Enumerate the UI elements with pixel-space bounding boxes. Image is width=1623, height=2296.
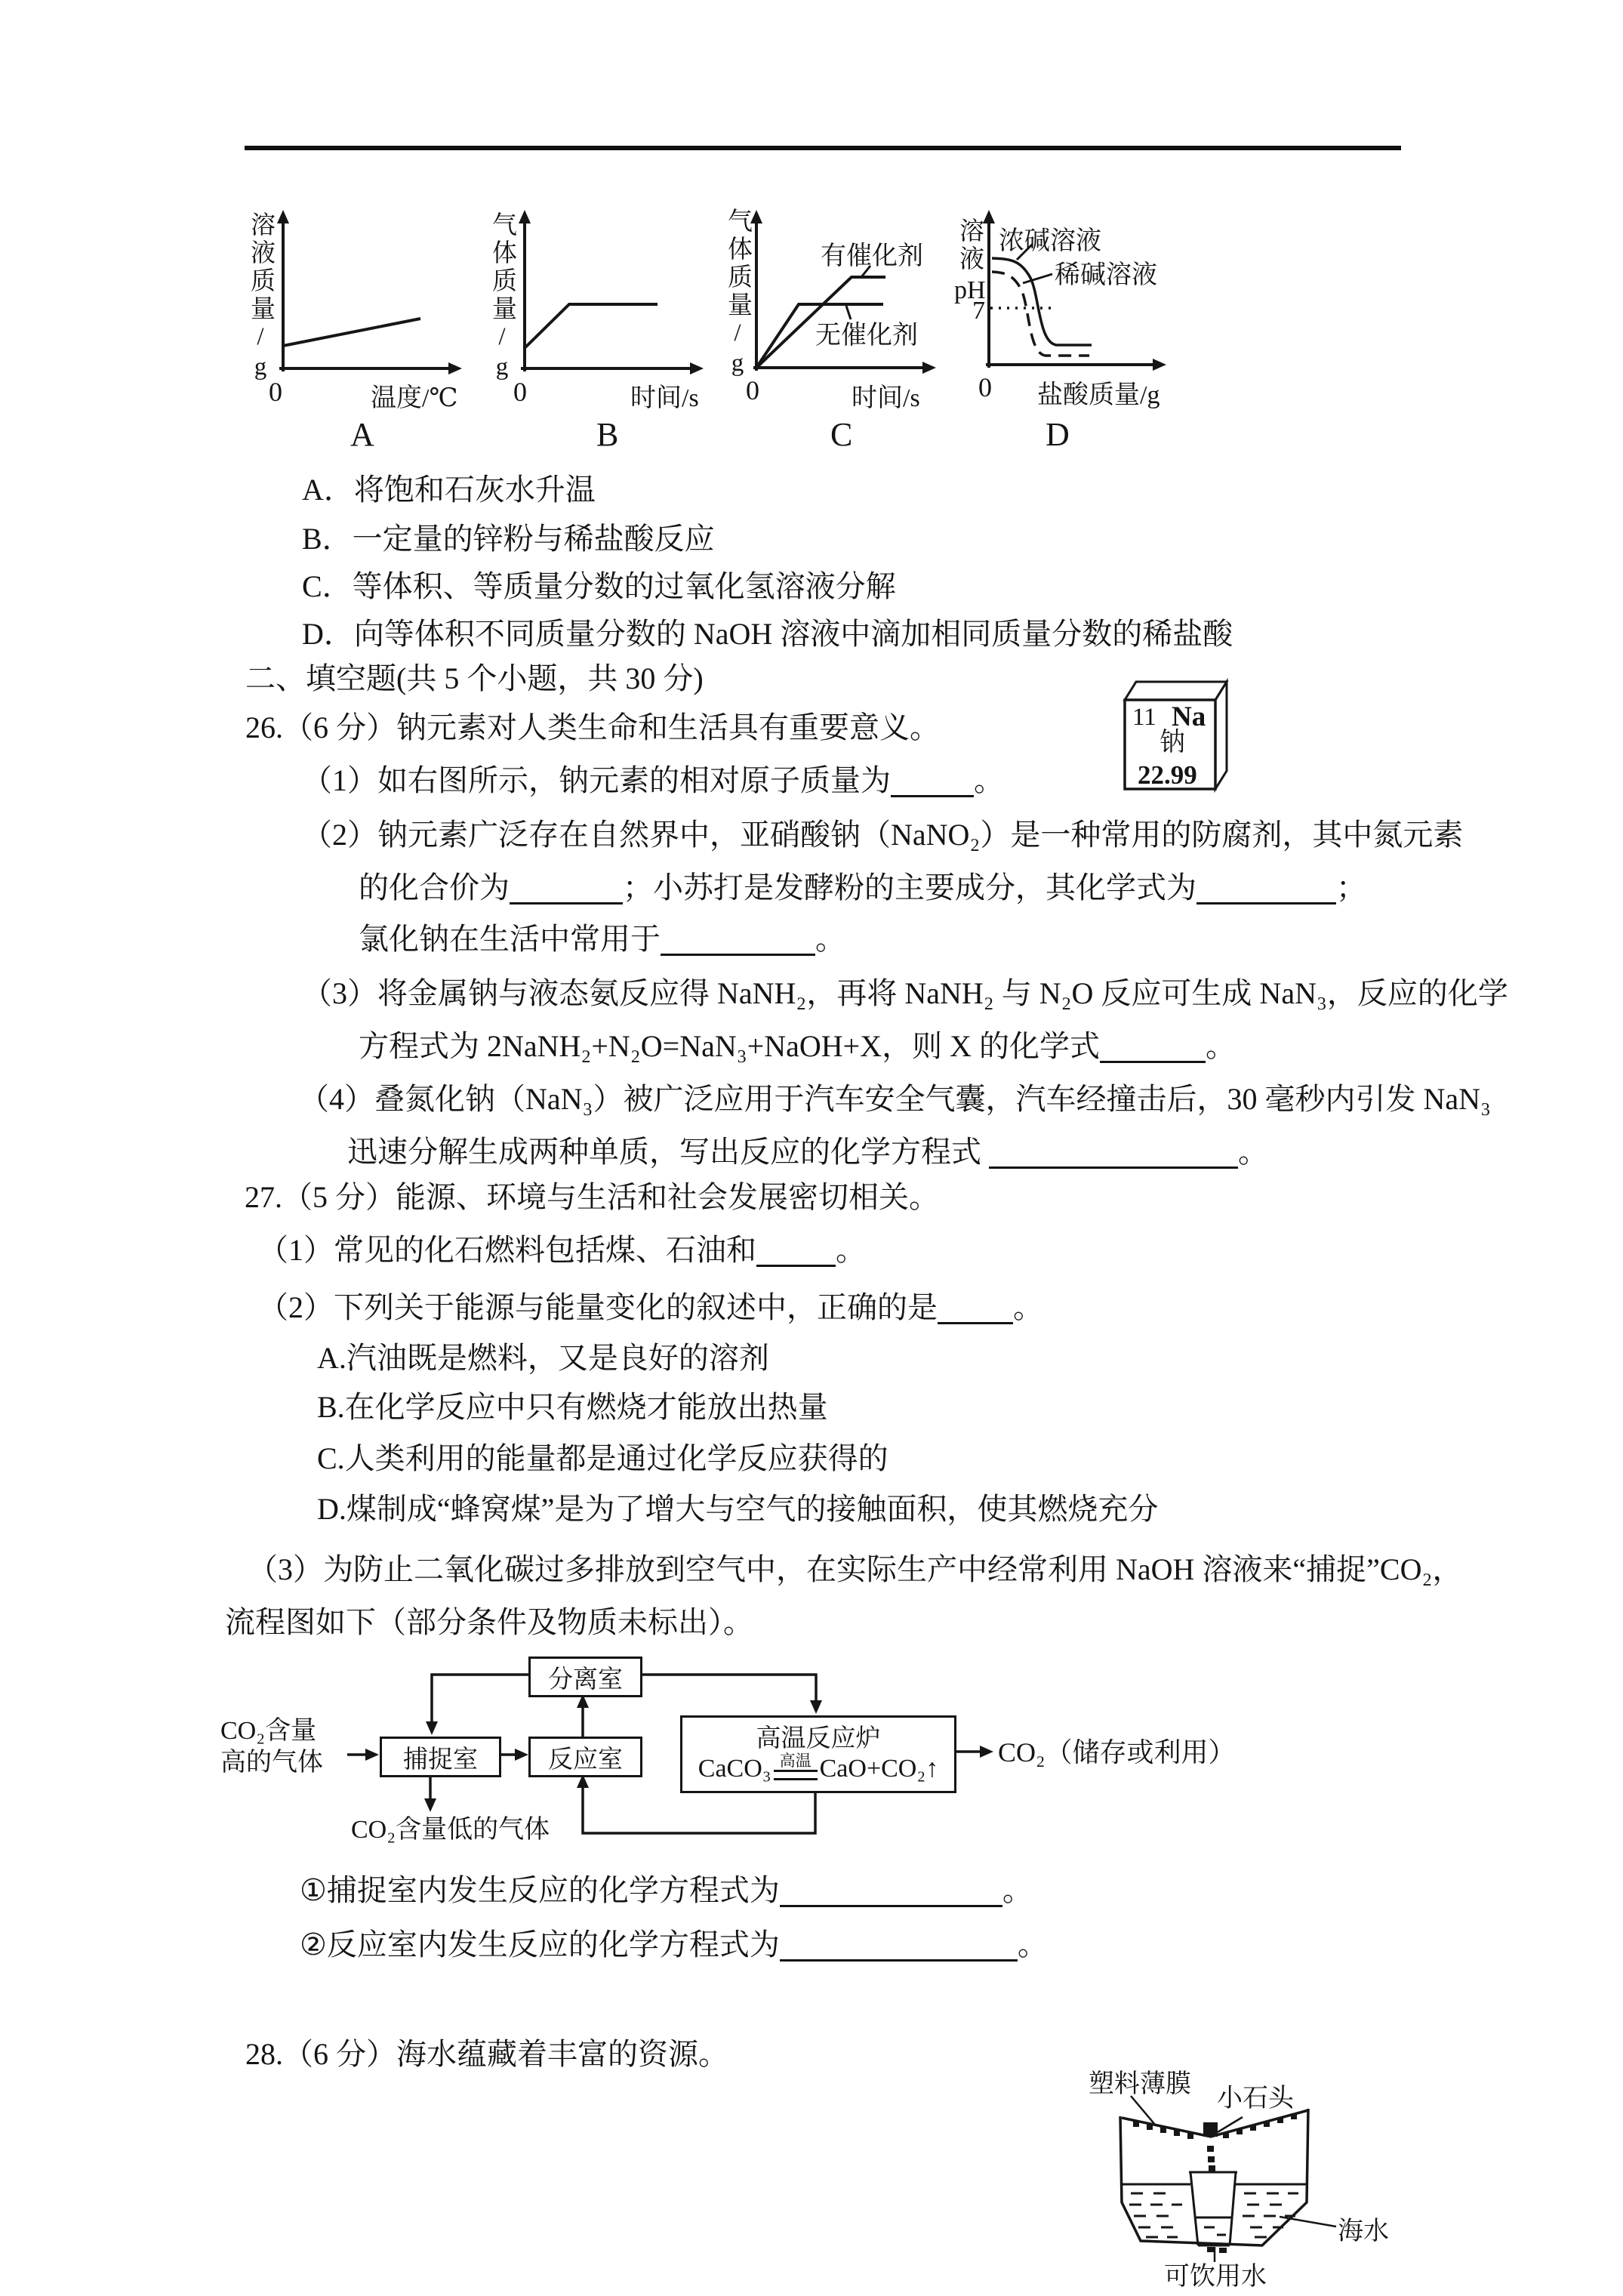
flow-furnace-equation: CaCO₃ 高温 CaO+CO₂↑ [698,1754,938,1783]
q26-part2b-blank1 [510,877,623,905]
q25-option-a: A．将饱和石灰水升温 [302,472,596,508]
q27-sub1-blank [780,1879,1002,1907]
q26-part2c: 氯化钠在生活中常用于。 [359,921,845,957]
graph-d-origin: 0 [978,371,992,404]
graph-b-xlabel: 时间/s [630,384,699,415]
q26-part4: （4）叠氮化钠（NaN₃）被广泛应用于汽车安全气囊，汽车经撞击后，30 毫秒内引… [299,1081,1491,1117]
q27-sub1-text: ①捕捉室内发生反应的化学方程式为 [300,1873,780,1907]
graph-d-ylabel-solution: 溶液 [956,217,981,273]
graph-b: 气体质量/g 0 时间/s B [483,204,732,461]
graph-a-xlabel: 温度/℃ [371,384,457,415]
q27-part2-text: （2）下列关于能源与能量变化的叙述中，正确的是 [258,1290,938,1324]
graph-a: 溶液质量/g 0 温度/℃ A [242,204,491,461]
q26-part1-text: （1）如右图所示，钠元素的相对原子质量为 [302,763,891,797]
flow-input-line2: 高的气体 [220,1748,323,1779]
flow-box-reaction-label: 反应室 [548,1740,623,1775]
q27-part3: （3）为防止二氧化碳过多排放到空气中，在实际生产中经常利用 NaOH 溶液来“捕… [248,1552,1462,1588]
q26-part2c-blank [661,928,815,956]
graph-c-with-catalyst-label: 有催化剂 [821,242,923,273]
q27-sub1-period: 。 [1002,1873,1033,1907]
graph-d-dilute-label: 稀碱溶液 [1055,260,1157,291]
flow-box-furnace: 高温反应炉 CaCO₃ 高温 CaO+CO₂↑ [680,1715,956,1793]
graph-a-origin: 0 [269,376,282,408]
graph-b-origin: 0 [513,376,527,408]
q25-option-b: B．一定量的锌粉与稀盐酸反应 [302,521,715,557]
q26-part3: （3）将金属钠与液态氨反应得 NaNH₂，再将 NaNH₂ 与 N₂O 反应可生… [302,975,1508,1012]
furnace-eq-left: CaCO₃ [698,1754,771,1783]
graph-c-without-catalyst-label: 无催化剂 [815,321,918,352]
q26-part3b-blank [1100,1035,1206,1063]
header-rule [245,146,1401,150]
flow-furnace-title: 高温反应炉 [756,1725,880,1754]
flow-box-capture: 捕捉室 [380,1737,501,1777]
q26-part3b: 方程式为 2NaNH₂+N₂O=NaN₃+NaOH+X，则 X 的化学式。 [359,1028,1236,1065]
q26-part1: （1）如右图所示，钠元素的相对原子质量为。 [302,763,1004,799]
q26-part4b-blank [989,1141,1238,1169]
q27-part1-period: 。 [836,1233,866,1267]
graph-b-letter: B [596,415,618,455]
q27-sub2-period: 。 [1018,1928,1048,1962]
seawater-stone-label: 小石头 [1217,2084,1294,2115]
q27-header: 27.（5 分）能源、环境与生活和社会发展密切相关。 [245,1179,939,1216]
graph-b-ylabel: 气体质量/g [489,211,514,384]
q27-part1-blank [756,1239,836,1267]
element-mass: 22.99 [1138,760,1197,791]
q26-part1-blank [891,769,974,797]
section2-title: 二、填空题(共 5 个小题，共 30 分) [245,661,704,697]
q26-part2b-text1: 的化合价为 [359,871,510,905]
flow-input-line1: CO₂含量 [220,1716,316,1747]
element-name: 钠 [1160,728,1185,759]
furnace-eq-condition-text: 高温 [780,1753,811,1769]
seawater-fresh-label: 可饮用水 [1164,2262,1267,2293]
seawater-sea-label: 海水 [1338,2217,1389,2248]
graph-d-letter: D [1046,415,1070,455]
furnace-eq-condition: 高温 [774,1753,818,1780]
exam-page: 溶液质量/g 0 温度/℃ A 气体质量/g 0 时间/s B 气体质量/ [0,0,1623,2296]
graph-c-ylabel: 气体质量/g [725,208,750,380]
q26-part2b: 的化合价为；小苏打是发酵粉的主要成分，其化学式为； [359,870,1366,906]
flow-box-separation: 分离室 [528,1657,642,1697]
furnace-eq-double-bond-line [774,1770,818,1780]
q26-header: 26.（6 分）钠元素对人类生命和生活具有重要意义。 [245,710,940,746]
q26-part4b-period: 。 [1238,1135,1268,1169]
q25-option-c: C．等体积、等质量分数的过氧化氢溶液分解 [302,569,896,605]
q26-part3b-text: 方程式为 2NaNH₂+N₂O=NaN₃+NaOH+X，则 X 的化学式 [359,1029,1100,1063]
flow-furnace-content: 高温反应炉 CaCO₃ 高温 CaO+CO₂↑ [698,1725,938,1783]
q26-part2c-period: 。 [815,922,845,956]
q27-part1: （1）常见的化石燃料包括煤、石油和。 [258,1232,866,1268]
q25-option-d: D．向等体积不同质量分数的 NaOH 溶液中滴加相同质量分数的稀盐酸 [302,616,1233,652]
q26-part1-period: 。 [974,763,1004,797]
q27-part2-period: 。 [1013,1290,1043,1324]
graph-c-xlabel: 时间/s [852,384,920,415]
graph-a-letter: A [350,415,374,455]
q26-part2c-text: 氯化钠在生活中常用于 [359,922,661,956]
q26-part4b: 迅速分解生成两种单质，写出反应的化学方程式 。 [347,1134,1268,1170]
q26-part2: （2）钠元素广泛存在自然界中，亚硝酸钠（NaNO₂）是一种常用的防腐剂，其中氮元… [302,817,1463,853]
graph-d-xlabel: 盐酸质量/g [1037,381,1160,411]
q27-sub2: ②反应室内发生反应的化学方程式为。 [300,1927,1048,1963]
q27-sub1: ①捕捉室内发生反应的化学方程式为。 [300,1872,1033,1909]
flow-box-separation-label: 分离室 [548,1660,623,1695]
furnace-eq-right: CaO+CO₂↑ [820,1754,939,1783]
q26-part2b-semicolon: ； [1336,871,1366,905]
q27-option-c: C.人类利用的能量都是通过化学反应获得的 [317,1441,888,1477]
q27-part3b: 流程图如下（部分条件及物质未标出）。 [225,1604,753,1641]
q27-part1-text: （1）常见的化石燃料包括煤、石油和 [258,1233,756,1267]
graph-c-origin: 0 [746,374,759,407]
q26-part4b-text: 迅速分解生成两种单质，写出反应的化学方程式 [347,1135,989,1169]
flow-box-reaction: 反应室 [528,1737,642,1777]
q27-part2: （2）下列关于能源与能量变化的叙述中，正确的是。 [258,1290,1043,1326]
q27-sub2-blank [780,1934,1018,1962]
flow-low-gas-label: CO₂含量低的气体 [351,1815,550,1846]
q28-header: 28.（6 分）海水蕴藏着丰富的资源。 [245,2036,728,2073]
q27-sub2-text: ②反应室内发生反应的化学方程式为 [300,1928,780,1962]
q27-option-d: D.煤制成“蜂窝煤”是为了增大与空气的接触面积，使其燃烧充分 [317,1491,1158,1527]
graph-d-tick-7: 7 [972,296,985,327]
graph-c: 气体质量/g 有催化剂 无催化剂 0 时间/s C [723,204,972,461]
graph-d-concentrated-label: 浓碱溶液 [999,227,1101,257]
q26-part2b-blank2 [1196,877,1336,905]
graph-c-letter: C [830,415,852,455]
graph-a-ylabel: 溶液质量/g [248,211,273,384]
seawater-film-label: 塑料薄膜 [1089,2069,1191,2100]
q27-option-b: B.在化学反应中只有燃烧才能放出热量 [317,1389,828,1425]
flow-box-capture-label: 捕捉室 [403,1740,478,1775]
flow-output-label: CO₂（储存或利用） [998,1737,1236,1769]
element-atomic-number: 11 [1132,703,1156,733]
q26-part2b-text2: ；小苏打是发酵粉的主要成分，其化学式为 [623,871,1196,905]
q26-part3b-period: 。 [1206,1029,1236,1063]
q27-option-a: A.汽油既是燃料，又是良好的溶剂 [317,1340,769,1376]
q27-part2-blank [938,1296,1013,1324]
graph-d: 溶液 pH 7 浓碱溶液 稀碱溶液 0 盐酸质量/g D [950,204,1199,461]
